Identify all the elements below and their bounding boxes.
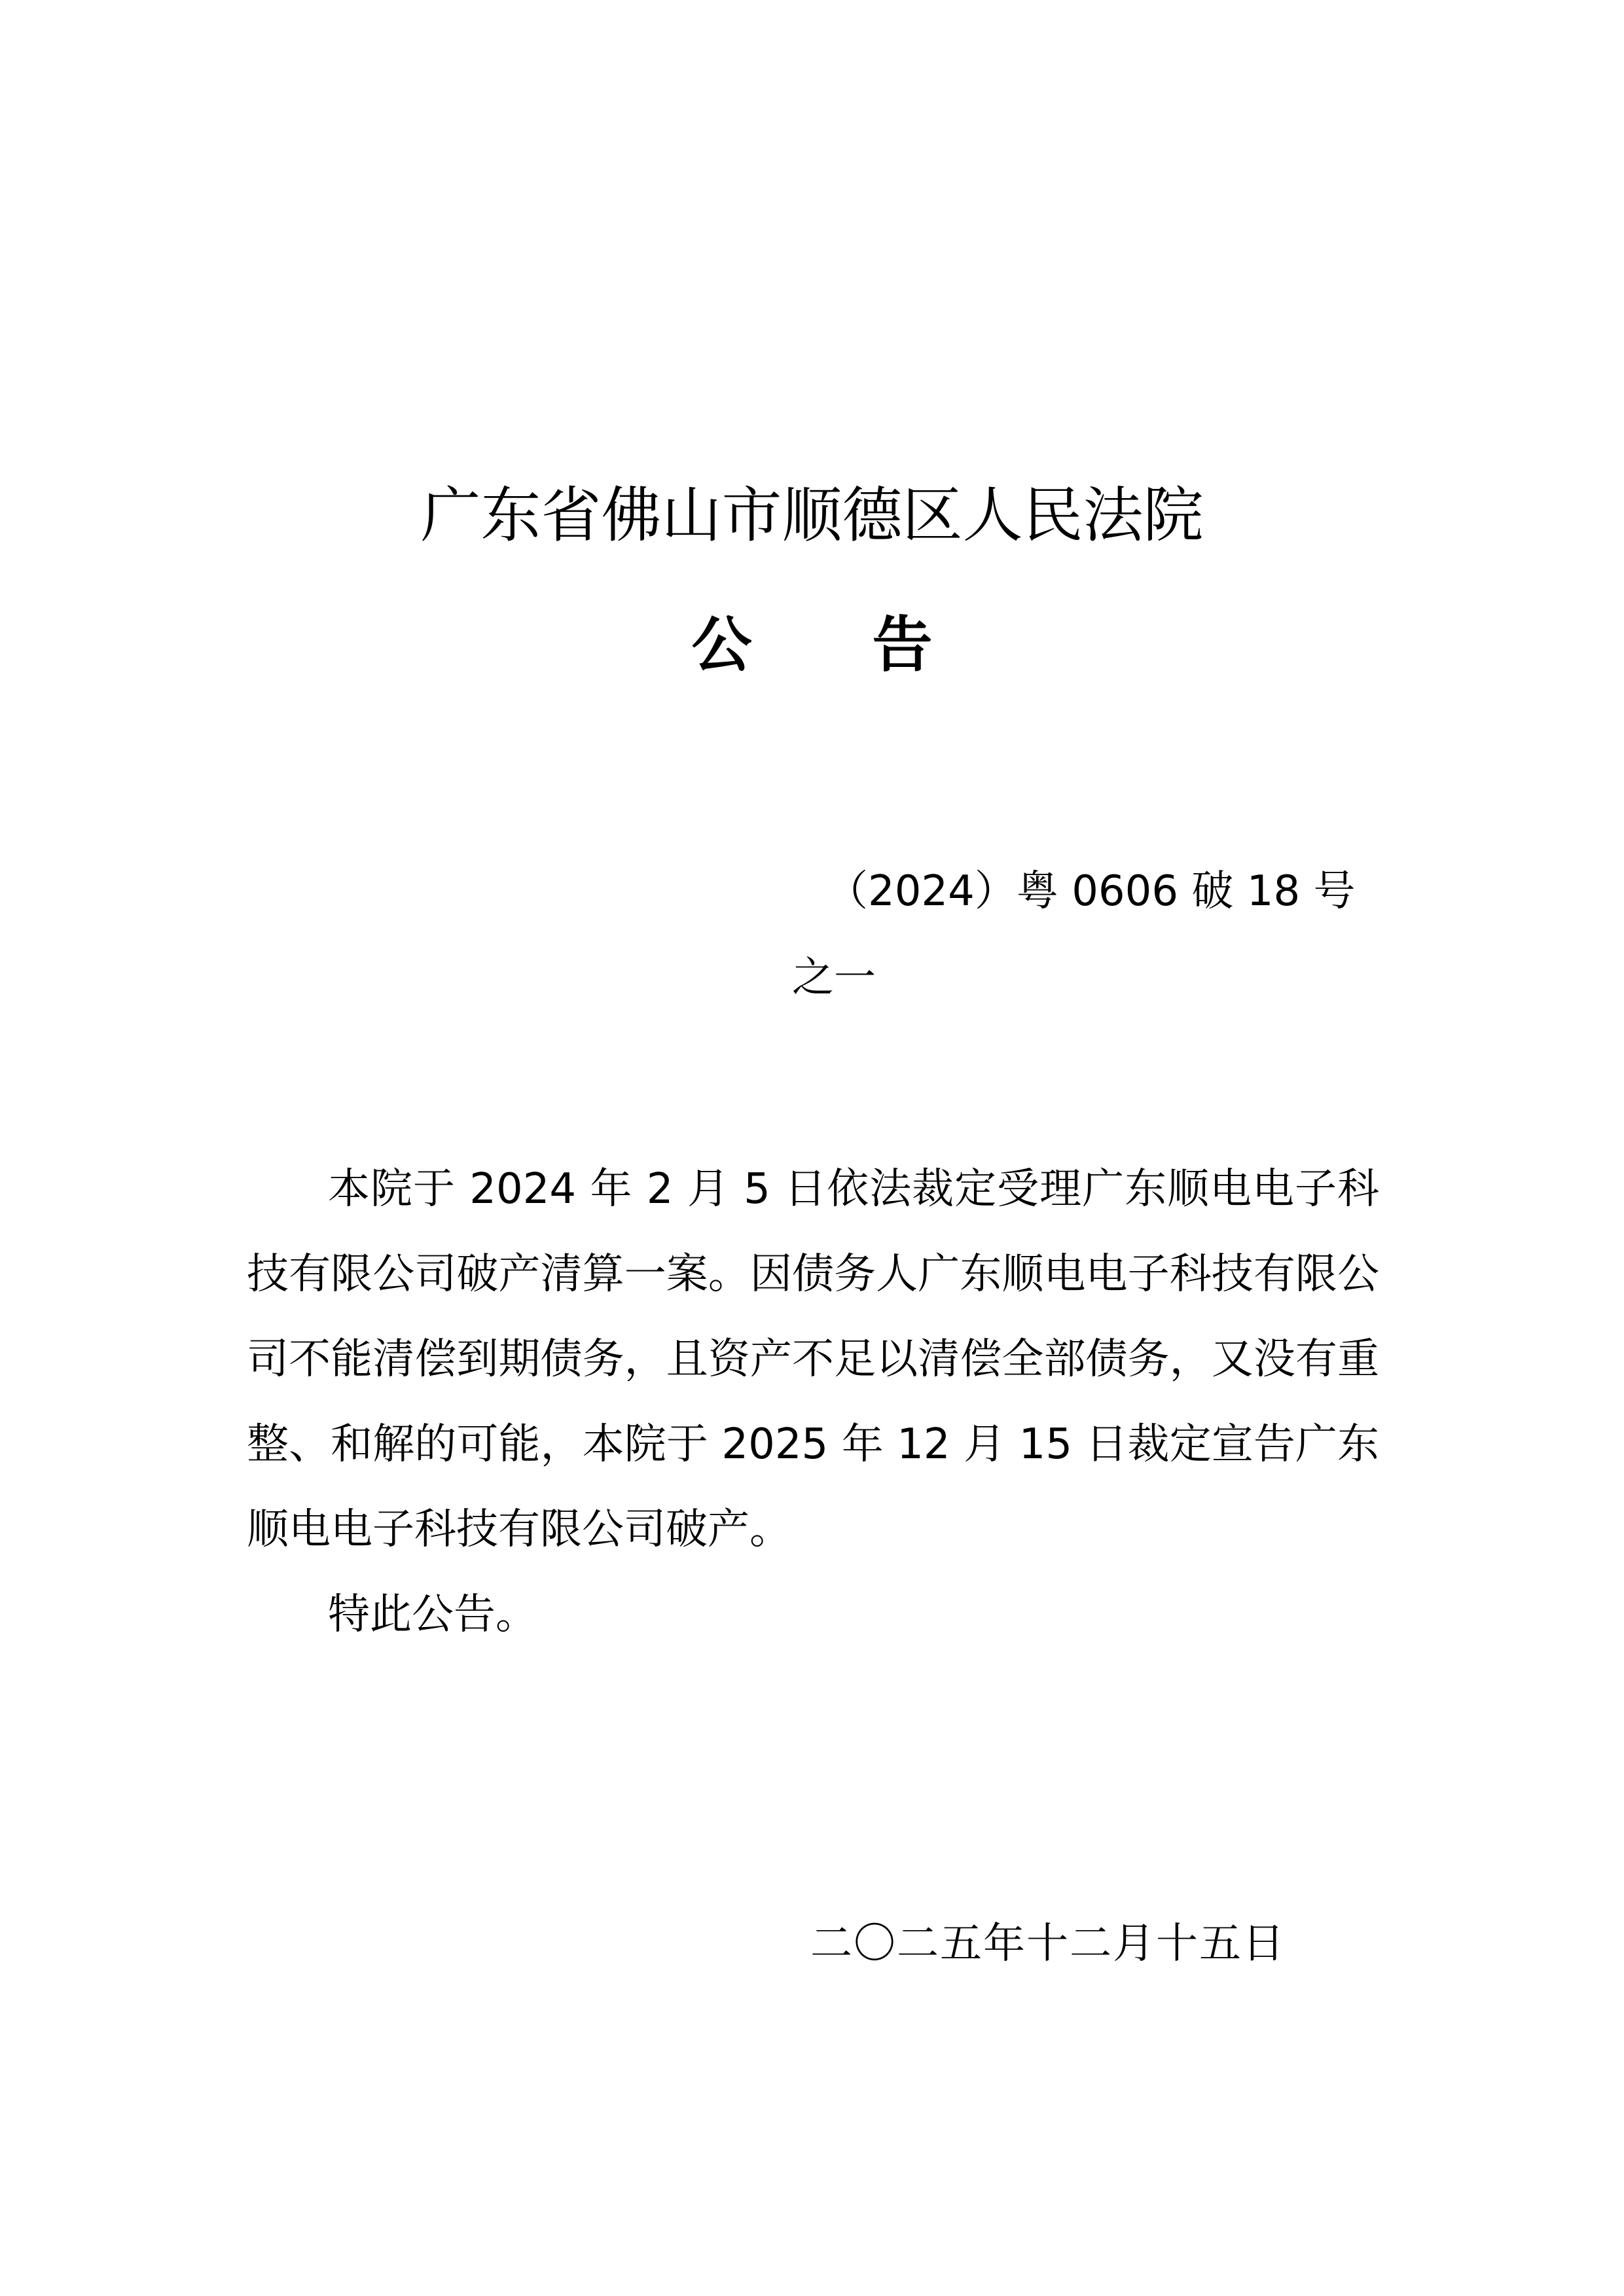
court-name-heading: 广东省佛山市顺德区人民法院 xyxy=(0,476,1624,555)
case-number: （2024）粤 0606 破 18 号之一 xyxy=(792,848,1381,1021)
notice-title: 公 告 xyxy=(0,606,1624,685)
body-paragraph: 本院于 2024 年 2 月 5 日依法裁定受理广东顺电电子科技有限公司破产清算… xyxy=(247,1147,1379,1572)
notice-body: 本院于 2024 年 2 月 5 日依法裁定受理广东顺电电子科技有限公司破产清算… xyxy=(247,1147,1379,1572)
document-page: 广东省佛山市顺德区人民法院 公 告 （2024）粤 0606 破 18 号之一 … xyxy=(0,0,1624,2296)
closing-statement: 特此公告。 xyxy=(328,1572,537,1657)
issue-date: 二〇二五年十二月十五日 xyxy=(810,1911,1286,1977)
